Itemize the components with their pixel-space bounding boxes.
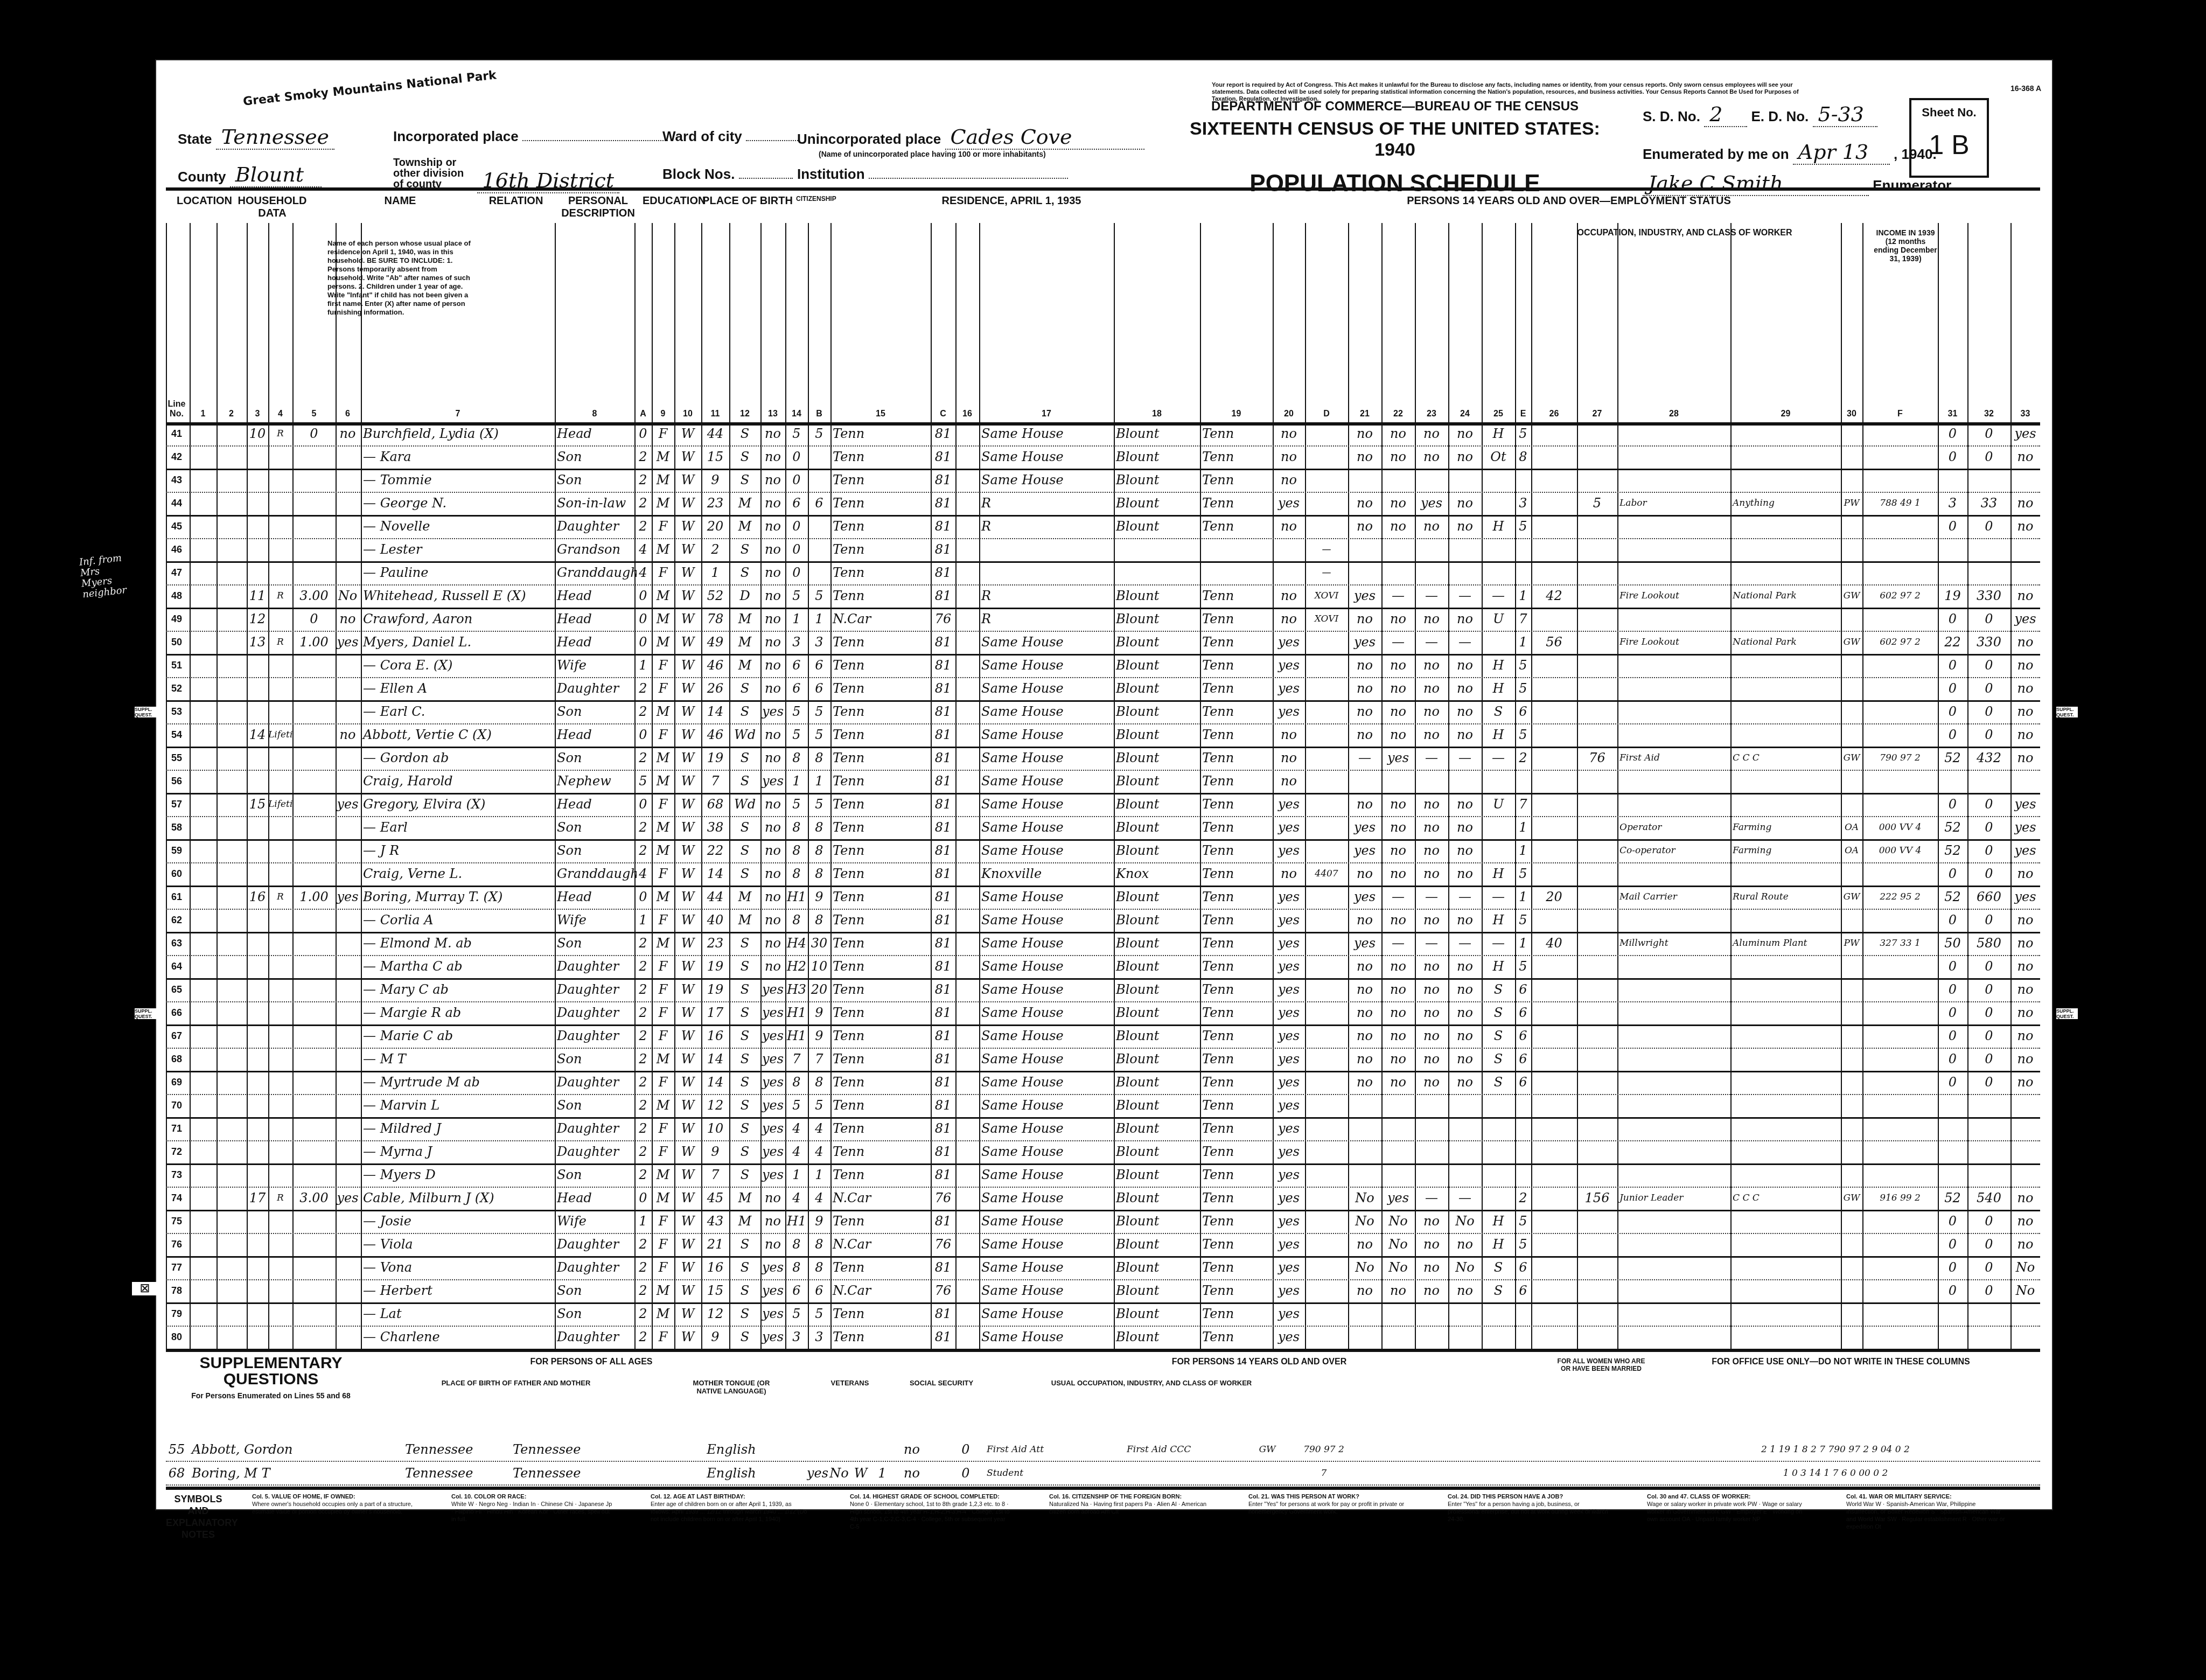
cell-a: 1 [634, 1210, 652, 1233]
header-divider [247, 223, 248, 422]
cell-grade: 6 [785, 1279, 808, 1302]
cell-c25: S [1482, 1279, 1515, 1302]
cell-farm35: yes [1273, 1140, 1305, 1163]
cell-farm [336, 538, 360, 561]
cell-ind [1730, 1140, 1843, 1163]
table-row: 71— Mildred JDaughter2FW10Syes44Tenn81Sa… [166, 1117, 2040, 1141]
cell-line: 70 [166, 1094, 187, 1117]
cell-c21: no [1348, 654, 1381, 677]
cell-farm35: yes [1273, 1071, 1305, 1094]
cell-c24: no [1448, 723, 1482, 747]
cell-st: Tenn [1200, 608, 1275, 631]
cell-a: 0 [634, 608, 652, 631]
cell-age: 43 [701, 1210, 729, 1233]
cell-rel: Daughter [555, 677, 637, 700]
supp-cell-father: Tennessee [403, 1438, 513, 1461]
cell-c: 81 [931, 1024, 955, 1048]
cell-a: 1 [634, 909, 652, 932]
cell-name: Abbott, Vertie C (X) [361, 723, 557, 747]
cell-farm [336, 1001, 360, 1024]
cell-res: Same House [979, 1001, 1116, 1024]
cell-grade: 4 [785, 1117, 808, 1140]
cell-oth: no [2010, 515, 2040, 538]
cell-c: 81 [931, 839, 955, 862]
cell-line: 44 [166, 492, 187, 515]
cell-d: 4407 [1305, 862, 1348, 886]
supp-cell-office: 1 0 3 14 1 7 6 0 00 0 2 [1652, 1462, 2019, 1484]
cell-st: Tenn [1200, 770, 1275, 793]
cell-age: 14 [701, 862, 729, 886]
cell-c25: — [1482, 886, 1515, 909]
cell-c22 [1381, 1326, 1415, 1349]
enumerated-date-field: Enumerated by me on Apr 13 , 1940. [1643, 140, 1937, 165]
cell-sex: M [652, 700, 674, 723]
cell-birth: N.Car [830, 608, 933, 631]
header-divider [1531, 223, 1532, 422]
cell-sex: F [652, 793, 674, 816]
cell-inc [1967, 561, 2010, 584]
cell-farm [336, 515, 360, 538]
note-heading: Col. 12. AGE AT LAST BIRTHDAY: [651, 1493, 812, 1501]
cell-hh [247, 747, 268, 770]
cell-own [268, 654, 292, 677]
cell-e: 1 [1515, 932, 1531, 955]
cell-c25: — [1482, 584, 1515, 608]
cell-cls [1841, 1326, 1862, 1349]
cell-val [292, 1210, 336, 1233]
cell-sex: M [652, 538, 674, 561]
cell-sex: M [652, 1302, 674, 1326]
cell-county: Blount [1114, 1256, 1202, 1279]
cell-race: W [674, 862, 701, 886]
cell-d: — [1305, 561, 1348, 584]
cell-line: 66 [166, 1001, 187, 1024]
cell-cls [1841, 723, 1862, 747]
cell-wks: 0 [1938, 1256, 1967, 1279]
cell-f [1862, 561, 1938, 584]
cell-c27 [1577, 561, 1617, 584]
cell-c23: no [1415, 793, 1448, 816]
cell-county: Blount [1114, 793, 1202, 816]
cell-a: 2 [634, 1279, 652, 1302]
group-household: HOUSEHOLD DATA [228, 195, 317, 220]
cell-birth: Tenn [830, 1094, 933, 1117]
cell-line: 58 [166, 816, 187, 839]
cell-c21: no [1348, 862, 1381, 886]
sheet-header: Great Smoky Mountains National Park Stat… [156, 60, 2052, 184]
cell-inc: 330 [1967, 584, 2010, 608]
cell-e: 5 [1515, 955, 1531, 978]
cell-farm [336, 1256, 360, 1279]
cell-county: Blount [1114, 1001, 1202, 1024]
cell-st: Tenn [1200, 1210, 1275, 1233]
cell-inc [1967, 1094, 2010, 1117]
column-number: 33 [2010, 409, 2040, 419]
cell-c22: no [1381, 816, 1415, 839]
column-number: 17 [979, 409, 1114, 419]
cell-line: 52 [166, 677, 187, 700]
cell-wks: 0 [1938, 862, 1967, 886]
cell-age: 19 [701, 978, 729, 1001]
cell-farm35: yes [1273, 1163, 1305, 1187]
cell-inc: 0 [1967, 955, 2010, 978]
cell-b: 6 [808, 1279, 830, 1302]
cell-inc: 660 [1967, 886, 2010, 909]
cell-line: 53 [166, 700, 187, 723]
header-divider [1730, 223, 1732, 422]
cell-hh: 12 [247, 608, 268, 631]
cell-age: 19 [701, 955, 729, 978]
note-text: World War W · Spanish-American War, Phil… [1846, 1501, 2008, 1531]
cell-c23 [1415, 469, 1448, 492]
cell-c27 [1577, 1210, 1617, 1233]
header-divider [1114, 223, 1115, 422]
cell-st: Tenn [1200, 469, 1275, 492]
table-row: 45— NovelleDaughter2FW20Mno0Tenn81RBloun… [166, 515, 2040, 539]
cell-race: W [674, 1094, 701, 1117]
census-title: SIXTEENTH CENSUS OF THE UNITED STATES: 1… [1179, 118, 1610, 161]
cell-c25: H [1482, 909, 1515, 932]
column-number: 31 [1938, 409, 1967, 419]
cell-sex: M [652, 631, 674, 654]
cell-rel: Son [555, 469, 637, 492]
cell-farm35: no [1273, 608, 1305, 631]
cell-inc: 0 [1967, 700, 2010, 723]
cell-a: 2 [634, 1256, 652, 1279]
cell-c22: no [1381, 1279, 1415, 1302]
cell-wks: 0 [1938, 1279, 1967, 1302]
cell-grade: 3 [785, 1326, 808, 1349]
cell-farm [336, 1117, 360, 1140]
supp-group-women: FOR ALL WOMEN WHO ARE OR HAVE BEEN MARRI… [1555, 1357, 1647, 1372]
cell-farm35: yes [1273, 1001, 1305, 1024]
cell-rel: Son [555, 1163, 637, 1187]
cell-c22: No [1381, 1233, 1415, 1256]
cell-occ [1617, 1140, 1733, 1163]
cell-farm [336, 1071, 360, 1094]
note-heading: Col. 10. COLOR OR RACE: [451, 1493, 613, 1501]
suppl-quest-marker-68-right: SUPPL. QUEST. [2056, 1008, 2078, 1019]
cell-cls [1841, 1048, 1862, 1071]
cell-c22: no [1381, 492, 1415, 515]
cell-race: W [674, 793, 701, 816]
cell-rel: Wife [555, 909, 637, 932]
supp-cell-c42: no [898, 1438, 925, 1461]
cell-oth [2010, 469, 2040, 492]
cell-own [268, 1210, 292, 1233]
table-row: 44— George N.Son-in-law2MW23Mno66Tenn81R… [166, 492, 2040, 517]
cell-county: Blount [1114, 978, 1202, 1001]
cell-d [1305, 1279, 1348, 1302]
cell-res [979, 538, 1116, 561]
cell-c: 81 [931, 793, 955, 816]
cell-race: W [674, 654, 701, 677]
cell-c22 [1381, 1117, 1415, 1140]
header-divider [674, 223, 675, 422]
cell-d [1305, 747, 1348, 770]
cell-val [292, 1302, 336, 1326]
cell-c24 [1448, 1140, 1482, 1163]
cell-race: W [674, 1071, 701, 1094]
table-row: 53— Earl C.Son2MW14Syes55Tenn81Same Hous… [166, 700, 2040, 724]
cell-d [1305, 654, 1348, 677]
cell-a: 2 [634, 839, 652, 862]
cell-c26 [1531, 538, 1577, 561]
cell-mar: M [729, 1187, 760, 1210]
cell-c25: U [1482, 793, 1515, 816]
cell-oth: no [2010, 492, 2040, 515]
cell-c27 [1577, 1302, 1617, 1326]
table-row: 7417R3.00yesCable, Milburn J (X)Head0MW4… [166, 1187, 2040, 1211]
cell-wks: 19 [1938, 584, 1967, 608]
cell-race: W [674, 1140, 701, 1163]
cell-e: 5 [1515, 515, 1531, 538]
cell-birth: Tenn [830, 886, 933, 909]
cell-hh: 14 [247, 723, 268, 747]
cell-ind [1730, 770, 1843, 793]
cell-b: 3 [808, 631, 830, 654]
cell-c23: no [1415, 654, 1448, 677]
cell-mar: S [729, 677, 760, 700]
cell-c25 [1482, 1302, 1515, 1326]
cell-c27 [1577, 584, 1617, 608]
cell-rel: Son [555, 1279, 637, 1302]
cell-grade: 5 [785, 422, 808, 445]
cell-county: Blount [1114, 584, 1202, 608]
cell-mar: S [729, 770, 760, 793]
cell-f [1862, 469, 1938, 492]
cell-inc: 0 [1967, 422, 2010, 445]
cell-b: 5 [808, 1094, 830, 1117]
cell-c22: yes [1381, 1187, 1415, 1210]
cell-grade: 0 [785, 538, 808, 561]
cell-e [1515, 1140, 1531, 1163]
cell-race: W [674, 700, 701, 723]
cell-rel: Daughter [555, 1140, 637, 1163]
cell-ind [1730, 978, 1843, 1001]
cell-val [292, 469, 336, 492]
note-heading: Col. 41. WAR OR MILITARY SERVICE: [1846, 1493, 2008, 1501]
cell-c24 [1448, 561, 1482, 584]
cell-c23: no [1415, 445, 1448, 469]
cell-c25 [1482, 1094, 1515, 1117]
cell-res: Same House [979, 469, 1116, 492]
cell-farm35: yes [1273, 839, 1305, 862]
cell-rel: Daughter [555, 1326, 637, 1349]
cell-c25: H [1482, 862, 1515, 886]
cell-c22: no [1381, 955, 1415, 978]
cell-c: 81 [931, 770, 955, 793]
cell-st: Tenn [1200, 1094, 1275, 1117]
cell-c24: no [1448, 1279, 1482, 1302]
cell-c27 [1577, 1071, 1617, 1094]
cell-c21: No [1348, 1256, 1381, 1279]
header-divider [1938, 223, 1939, 422]
cell-birth: N.Car [830, 1187, 933, 1210]
cell-farm [336, 1140, 360, 1163]
cell-rel: Son [555, 1094, 637, 1117]
cell-c24: no [1448, 793, 1482, 816]
header-divider [1862, 223, 1863, 422]
cell-birth: Tenn [830, 862, 933, 886]
cell-sch: yes [760, 1326, 785, 1349]
cell-name: — Myrtrude M ab [361, 1071, 557, 1094]
cell-ind: C C C [1730, 747, 1843, 770]
cell-c25: H [1482, 677, 1515, 700]
cell-line: 43 [166, 469, 187, 492]
cell-rel: Head [555, 422, 637, 445]
cell-c27 [1577, 1256, 1617, 1279]
cell-a: 0 [634, 631, 652, 654]
cell-grade: 6 [785, 677, 808, 700]
cell-res: Same House [979, 1326, 1116, 1349]
cell-c21: no [1348, 1279, 1381, 1302]
cell-st: Tenn [1200, 700, 1275, 723]
cell-b: 5 [808, 584, 830, 608]
cell-grade: 5 [785, 1302, 808, 1326]
supp-cell-c44: 0 [952, 1462, 979, 1484]
cell-val [292, 1001, 336, 1024]
cell-name: — Cora E. (X) [361, 654, 557, 677]
cell-e: 6 [1515, 700, 1531, 723]
cell-inc: 432 [1967, 747, 2010, 770]
cell-hh: 16 [247, 886, 268, 909]
cell-f: 790 97 2 [1862, 747, 1938, 770]
cell-a: 4 [634, 561, 652, 584]
cell-hh [247, 515, 268, 538]
cell-c22 [1381, 1140, 1415, 1163]
cell-occ [1617, 1048, 1733, 1071]
cell-farm35: no [1273, 469, 1305, 492]
cell-sex: M [652, 1094, 674, 1117]
table-row: 55— Gordon abSon2MW19Sno88Tenn81Same Hou… [166, 747, 2040, 771]
note-text: Where owner's household occupies only a … [252, 1501, 414, 1516]
cell-c27 [1577, 654, 1617, 677]
header-divider [1577, 223, 1578, 422]
column-number: 18 [1114, 409, 1200, 419]
cell-c21 [1348, 1094, 1381, 1117]
note-heading: Col. 16. CITIZENSHIP OF THE FOREIGN BORN… [1049, 1493, 1211, 1501]
cell-c26 [1531, 1279, 1577, 1302]
cell-own [268, 862, 292, 886]
cell-c22: no [1381, 1024, 1415, 1048]
cell-c24: no [1448, 1001, 1482, 1024]
cell-county: Blount [1114, 445, 1202, 469]
cell-hh [247, 492, 268, 515]
cell-c24: no [1448, 608, 1482, 631]
cell-sex: F [652, 654, 674, 677]
cell-mar: S [729, 1048, 760, 1071]
cell-farm [336, 561, 360, 584]
cell-c21 [1348, 1163, 1381, 1187]
cell-f: 602 97 2 [1862, 631, 1938, 654]
cell-name: — Gordon ab [361, 747, 557, 770]
cell-sch: no [760, 445, 785, 469]
cell-rel: Daughter [555, 1001, 637, 1024]
cell-val [292, 538, 336, 561]
column-number: 11 [701, 409, 729, 419]
cell-sch: yes [760, 1256, 785, 1279]
cell-c21: yes [1348, 584, 1381, 608]
cell-farm [336, 654, 360, 677]
cell-c26 [1531, 1048, 1577, 1071]
cell-res: Same House [979, 723, 1116, 747]
cell-farm [336, 677, 360, 700]
column-number: 26 [1531, 409, 1577, 419]
cell-c22: no [1381, 978, 1415, 1001]
cell-occ [1617, 1163, 1733, 1187]
cell-oth: no [2010, 677, 2040, 700]
cell-wks: 52 [1938, 816, 1967, 839]
cell-age: 23 [701, 932, 729, 955]
cell-line: 49 [166, 608, 187, 631]
cell-res: R [979, 515, 1116, 538]
cell-e: 7 [1515, 793, 1531, 816]
cell-birth: Tenn [830, 978, 933, 1001]
cell-occ: Operator [1617, 816, 1733, 839]
cell-sch: no [760, 515, 785, 538]
table-row: 64— Martha C abDaughter2FW19SnoH210Tenn8… [166, 955, 2040, 980]
note-heading: Col. 30 and 47. CLASS OF WORKER: [1647, 1493, 1809, 1501]
cell-hh [247, 1140, 268, 1163]
header-divider [2010, 223, 2012, 422]
cell-c23: — [1415, 631, 1448, 654]
cell-race: W [674, 723, 701, 747]
cell-f [1862, 1048, 1938, 1071]
cell-sex: F [652, 1024, 674, 1048]
header-divider [268, 223, 269, 422]
cell-own [268, 770, 292, 793]
cell-val [292, 793, 336, 816]
cell-f [1862, 1071, 1938, 1094]
cell-ind [1730, 955, 1843, 978]
cell-c: 81 [931, 445, 955, 469]
cell-f [1862, 723, 1938, 747]
cell-own: Lifetime free no rent [268, 793, 292, 816]
state-value: Tennessee [216, 125, 334, 150]
cell-st: Tenn [1200, 1140, 1275, 1163]
cell-age: 9 [701, 469, 729, 492]
cell-val [292, 1326, 336, 1349]
cell-e: 5 [1515, 1233, 1531, 1256]
cell-oth: no [2010, 1024, 2040, 1048]
column-number: Line No. [166, 400, 187, 419]
cell-f: 788 49 1 [1862, 492, 1938, 515]
cell-c21: no [1348, 909, 1381, 932]
cell-oth: No [2010, 1256, 2040, 1279]
cell-c26: 56 [1531, 631, 1577, 654]
cell-c25 [1482, 1117, 1515, 1140]
table-row: 5715Lifetime free no rentyesGregory, Elv… [166, 793, 2040, 817]
cell-c27 [1577, 1048, 1617, 1071]
cell-grade: 8 [785, 909, 808, 932]
cell-own [268, 1071, 292, 1094]
supp-cell-mother: Tennessee [511, 1438, 615, 1461]
cell-val [292, 1048, 336, 1071]
cell-d [1305, 677, 1348, 700]
cell-st: Tenn [1200, 723, 1275, 747]
cell-sex: F [652, 955, 674, 978]
cell-sch: no [760, 538, 785, 561]
cell-name: — Tommie [361, 469, 557, 492]
cell-ind [1730, 1163, 1843, 1187]
cell-cls: PW [1841, 932, 1862, 955]
cell-race: W [674, 1256, 701, 1279]
cell-d [1305, 1302, 1348, 1326]
cell-wks: 0 [1938, 723, 1967, 747]
cell-c27 [1577, 862, 1617, 886]
cell-e: 1 [1515, 816, 1531, 839]
